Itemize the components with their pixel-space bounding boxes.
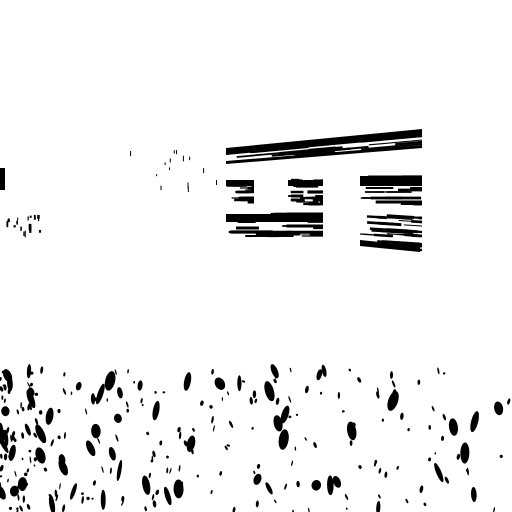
photo-scene	[0, 0, 512, 512]
sky-background	[0, 0, 512, 512]
